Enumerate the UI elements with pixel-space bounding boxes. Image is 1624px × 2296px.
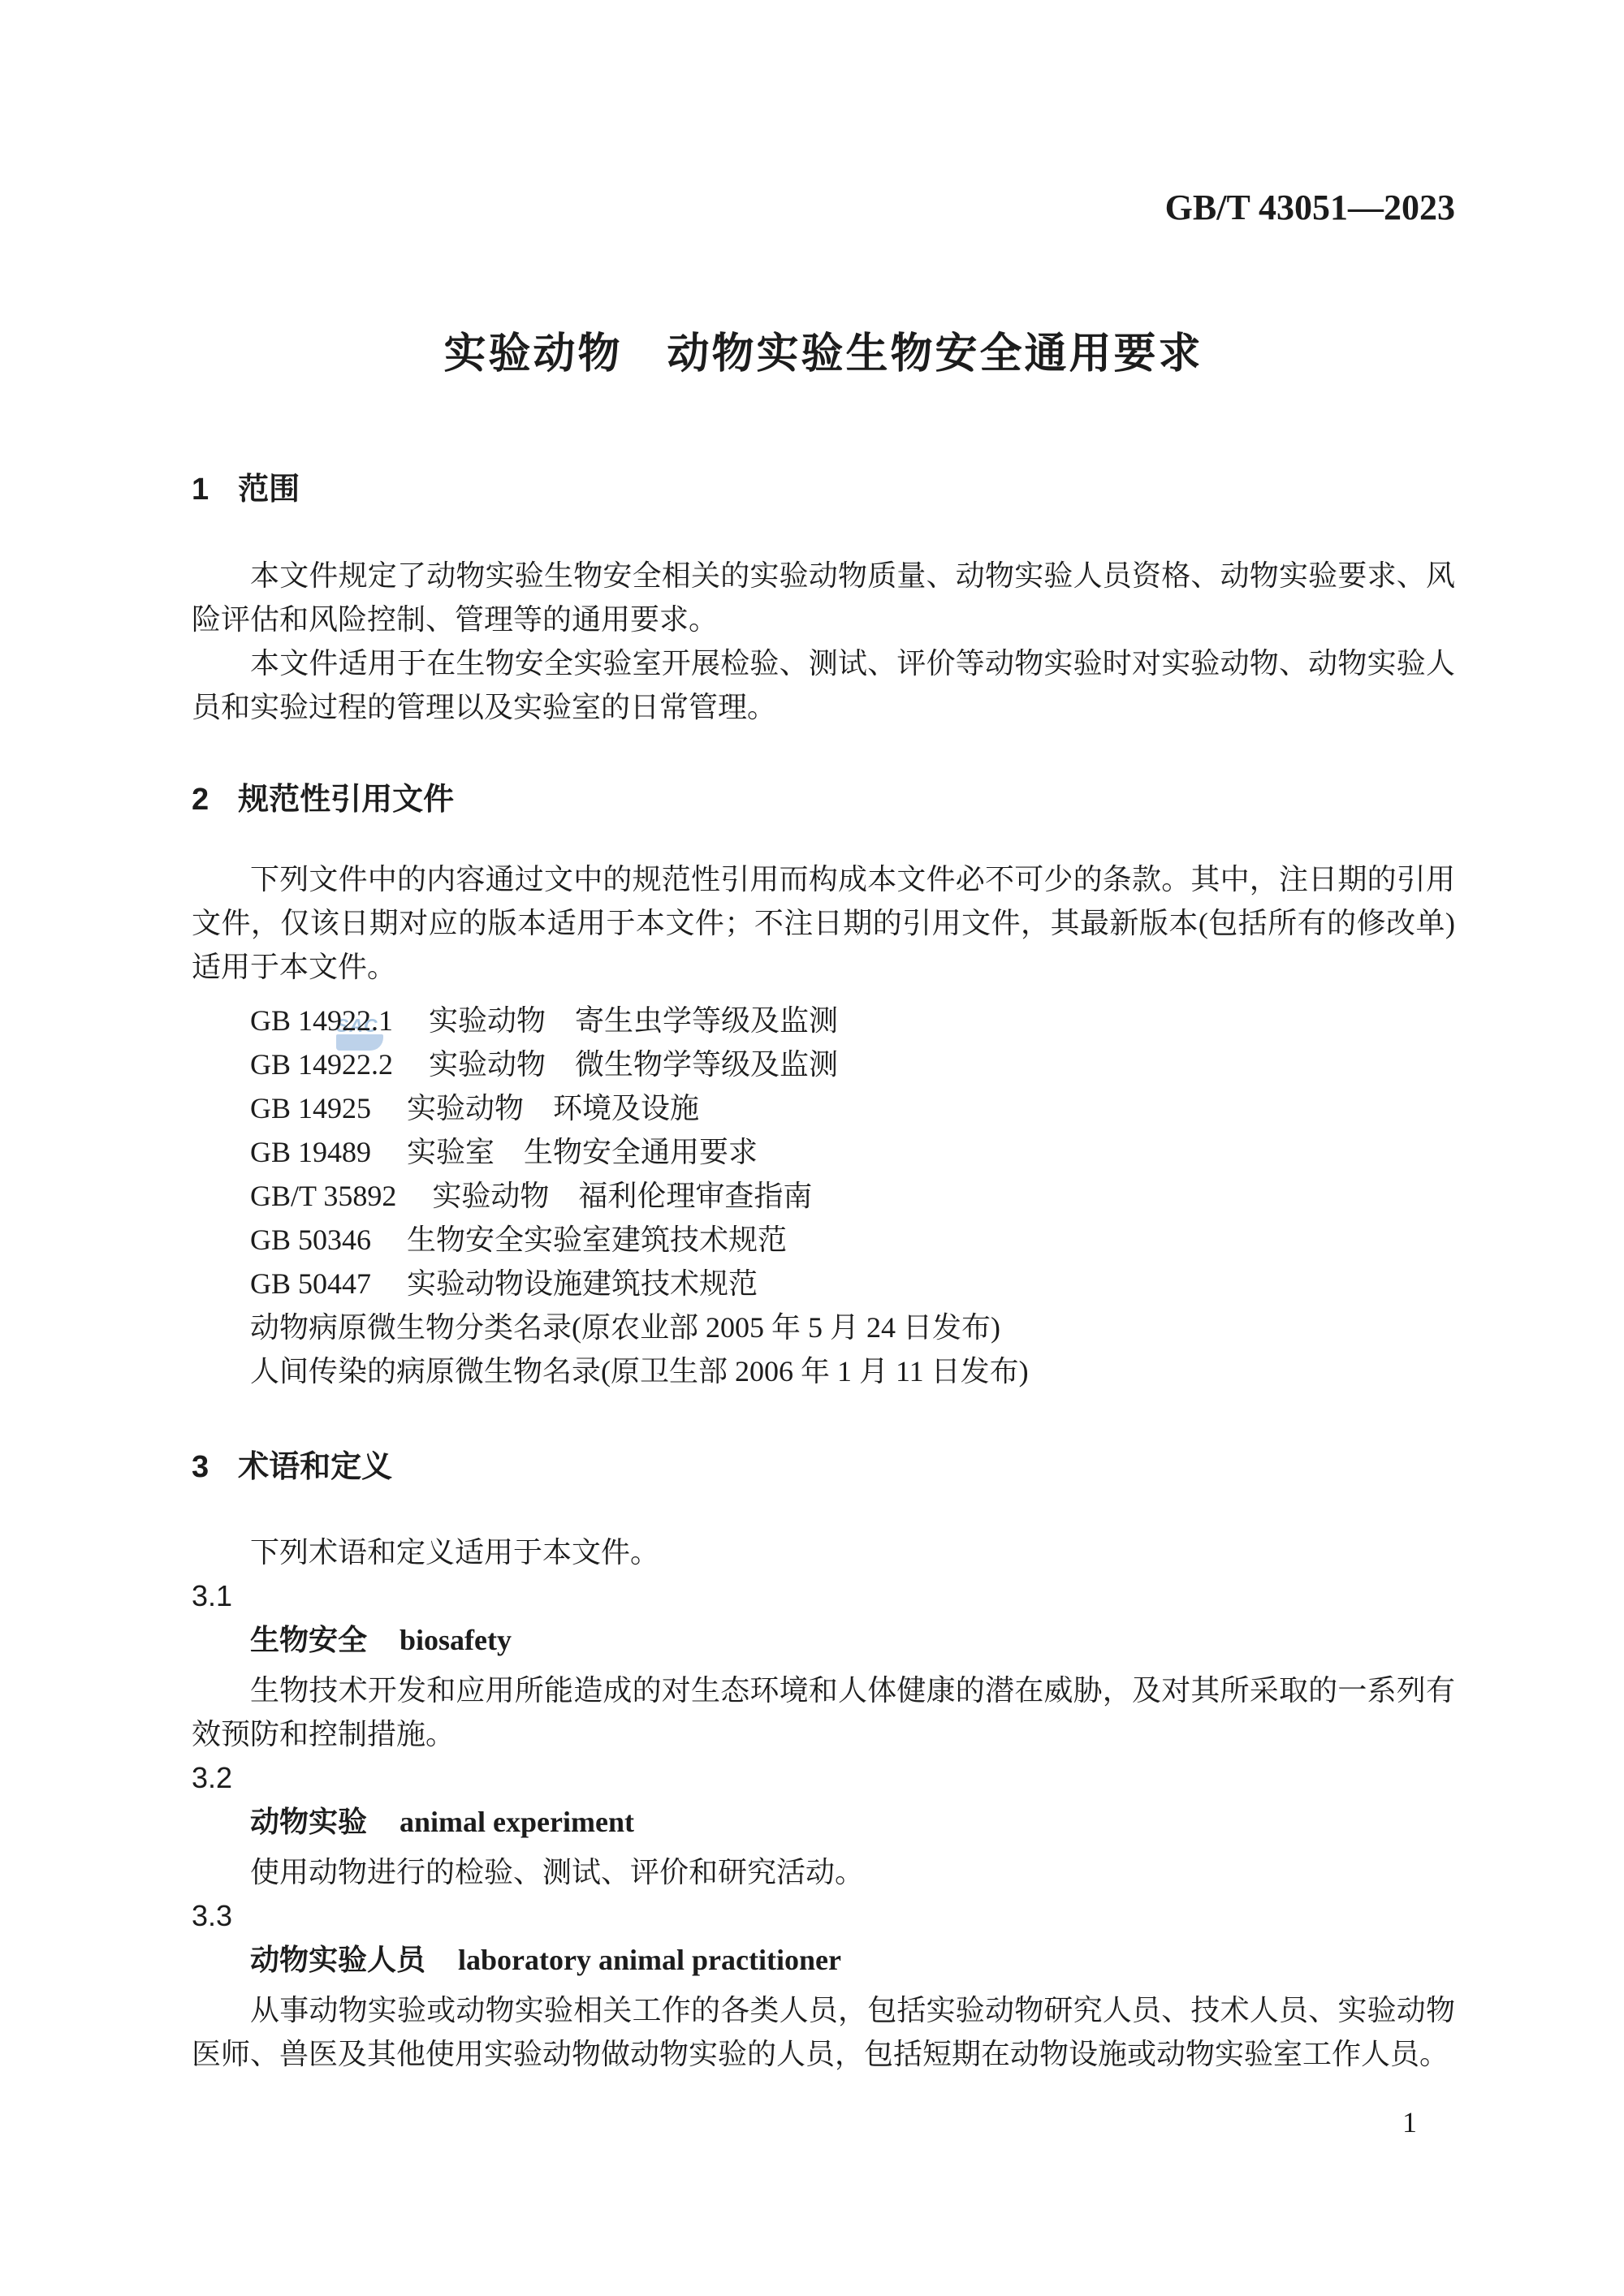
- term-number: 3.3: [192, 1894, 1455, 1938]
- reference-item: GB 14925实验动物 环境及设施: [192, 1086, 1455, 1130]
- term-chinese: 动物实验人员: [250, 1943, 425, 1976]
- section-1-paragraph: 本文件适用于在生物安全实验室开展检验、测试、评价等动物实验时对实验动物、动物实验…: [192, 641, 1455, 729]
- reference-title: 实验动物 微生物学等级及监测: [429, 1048, 838, 1081]
- section-1-number: 1: [192, 473, 209, 507]
- reference-code: GB 14922.1: [250, 1004, 393, 1037]
- reference-title: 实验动物设施建筑技术规范: [407, 1267, 758, 1300]
- reference-item: GB 50447实验动物设施建筑技术规范: [192, 1262, 1455, 1306]
- term-headword: 动物实验人员laboratory animal practitioner: [192, 1938, 1455, 1988]
- section-3-title: 术语和定义: [238, 1450, 392, 1484]
- term-english: biosafety: [400, 1624, 512, 1656]
- reference-code: GB 50346: [250, 1224, 371, 1256]
- page-content: GB/T 43051—2023 实验动物 动物实验生物安全通用要求 1范围 本文…: [192, 190, 1455, 2076]
- term-chinese: 动物实验: [250, 1805, 367, 1838]
- reference-title: 人间传染的病原微生物名录(原卫生部 2006 年 1 月 11 日发布): [250, 1355, 1029, 1388]
- term-block: 3.1 生物安全biosafety 生物技术开发和应用所能造成的对生态环境和人体…: [192, 1574, 1455, 1756]
- reference-item: GB 14922.1实验动物 寄生虫学等级及监测: [192, 999, 1455, 1042]
- section-1-paragraph: 本文件规定了动物实验生物安全相关的实验动物质量、动物实验人员资格、动物实验要求、…: [192, 554, 1455, 641]
- reference-item: 动物病原微生物分类名录(原农业部 2005 年 5 月 24 日发布): [192, 1306, 1455, 1349]
- reference-item: GB/T 35892实验动物 福利伦理审查指南: [192, 1174, 1455, 1218]
- term-headword: 生物安全biosafety: [192, 1618, 1455, 1668]
- reference-title: 实验动物 寄生虫学等级及监测: [429, 1004, 838, 1037]
- reference-title: 动物病原微生物分类名录(原农业部 2005 年 5 月 24 日发布): [250, 1311, 1000, 1344]
- section-3-intro-paragraph: 下列术语和定义适用于本文件。: [192, 1530, 1455, 1574]
- section-2-title: 规范性引用文件: [238, 783, 454, 817]
- section-3-heading: 3术语和定义: [192, 1450, 1455, 1484]
- section-2-number: 2: [192, 783, 209, 817]
- term-block: 3.3 动物实验人员laboratory animal practitioner…: [192, 1894, 1455, 2076]
- section-2-intro-paragraph: 下列文件中的内容通过文中的规范性引用而构成本文件必不可少的条款。其中，注日期的引…: [192, 857, 1455, 989]
- section-1-heading: 1范围: [192, 473, 1455, 507]
- page-number: 1: [1402, 2106, 1417, 2138]
- reference-title: 生物安全实验室建筑技术规范: [407, 1224, 787, 1256]
- term-block: 3.2 动物实验animal experiment 使用动物进行的检验、测试、评…: [192, 1756, 1455, 1894]
- section-3-number: 3: [192, 1450, 209, 1484]
- reference-title: 实验动物 环境及设施: [407, 1092, 699, 1124]
- section-2-heading: 2规范性引用文件: [192, 783, 1455, 817]
- reference-item: GB 50346生物安全实验室建筑技术规范: [192, 1218, 1455, 1262]
- term-english: laboratory animal practitioner: [458, 1944, 841, 1976]
- reference-title: 实验动物 福利伦理审查指南: [432, 1180, 812, 1212]
- term-definition: 从事动物实验或动物实验相关工作的各类人员，包括实验动物研究人员、技术人员、实验动…: [192, 1988, 1455, 2076]
- reference-code: GB/T 35892: [250, 1180, 396, 1212]
- term-definition: 使用动物进行的检验、测试、评价和研究活动。: [192, 1850, 1455, 1894]
- reference-code: GB 19489: [250, 1136, 371, 1168]
- normative-reference-list: GB 14922.1实验动物 寄生虫学等级及监测 GB 14922.2实验动物 …: [192, 999, 1455, 1393]
- reference-item: 人间传染的病原微生物名录(原卫生部 2006 年 1 月 11 日发布): [192, 1349, 1455, 1393]
- term-number: 3.1: [192, 1574, 1455, 1618]
- standard-document-page: SAC GB/T 43051—2023 实验动物 动物实验生物安全通用要求 1范…: [0, 0, 1624, 2296]
- term-definition: 生物技术开发和应用所能造成的对生态环境和人体健康的潜在威胁，及对其所采取的一系列…: [192, 1668, 1455, 1756]
- reference-code: GB 50447: [250, 1267, 371, 1300]
- reference-item: GB 19489实验室 生物安全通用要求: [192, 1130, 1455, 1174]
- standard-number: GB/T 43051—2023: [192, 190, 1455, 226]
- term-number: 3.2: [192, 1756, 1455, 1800]
- reference-title: 实验室 生物安全通用要求: [407, 1136, 758, 1168]
- reference-code: GB 14922.2: [250, 1048, 393, 1081]
- document-title: 实验动物 动物实验生物安全通用要求: [192, 331, 1455, 377]
- term-chinese: 生物安全: [250, 1623, 367, 1656]
- section-1-title: 范围: [238, 473, 300, 507]
- reference-item: GB 14922.2实验动物 微生物学等级及监测: [192, 1042, 1455, 1086]
- term-headword: 动物实验animal experiment: [192, 1800, 1455, 1850]
- reference-code: GB 14925: [250, 1092, 371, 1124]
- term-english: animal experiment: [400, 1806, 634, 1838]
